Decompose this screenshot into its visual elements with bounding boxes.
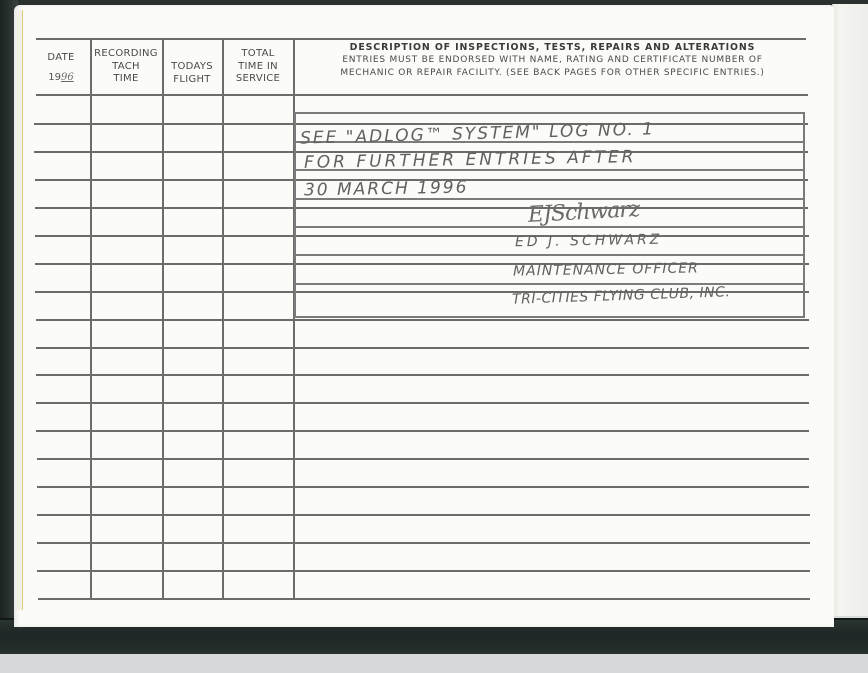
column-divider-flight bbox=[222, 40, 224, 598]
stamp-rule bbox=[296, 254, 803, 256]
entry-row-rule bbox=[36, 430, 809, 432]
signer-name: ED J. SCHWARZ bbox=[515, 232, 663, 251]
header-top-rule bbox=[36, 38, 806, 40]
entry-row-rule bbox=[37, 570, 809, 572]
stamp-line-3: 30 MARCH 1996 bbox=[304, 178, 469, 201]
facing-page-edge bbox=[832, 4, 868, 616]
entry-row-rule bbox=[37, 486, 810, 488]
date-year: 1996 bbox=[36, 72, 86, 83]
column-header-todays-flight: TODAYS FLIGHT bbox=[163, 61, 221, 86]
entry-row-rule bbox=[37, 458, 810, 460]
column-header-description-subtitle: ENTRIES MUST BE ENDORSED WITH NAME, RATI… bbox=[300, 54, 805, 80]
scanner-background bbox=[0, 654, 868, 673]
page-edge bbox=[16, 10, 23, 610]
column-header-date: DATE bbox=[36, 52, 86, 65]
header-bottom-rule bbox=[36, 94, 808, 96]
entry-row-rule bbox=[36, 402, 809, 404]
column-header-total-time-in-service: TOTAL TIME IN SERVICE bbox=[223, 48, 293, 86]
column-divider-date bbox=[90, 40, 92, 598]
entry-row-rule bbox=[36, 347, 809, 349]
column-header-recording-tach-time: RECORDING TACH TIME bbox=[91, 48, 161, 86]
entry-row-rule bbox=[36, 374, 809, 376]
entry-row-rule bbox=[36, 319, 809, 321]
entry-row-rule bbox=[38, 598, 810, 600]
entry-row-rule bbox=[37, 514, 810, 516]
signer-title: MAINTENANCE OFFICER bbox=[513, 260, 699, 279]
handwritten-year: 96 bbox=[61, 72, 74, 83]
column-header-description-title: DESCRIPTION OF INSPECTIONS, TESTS, REPAI… bbox=[300, 42, 805, 53]
entry-row-rule bbox=[37, 542, 809, 544]
column-divider-tach bbox=[162, 40, 164, 598]
